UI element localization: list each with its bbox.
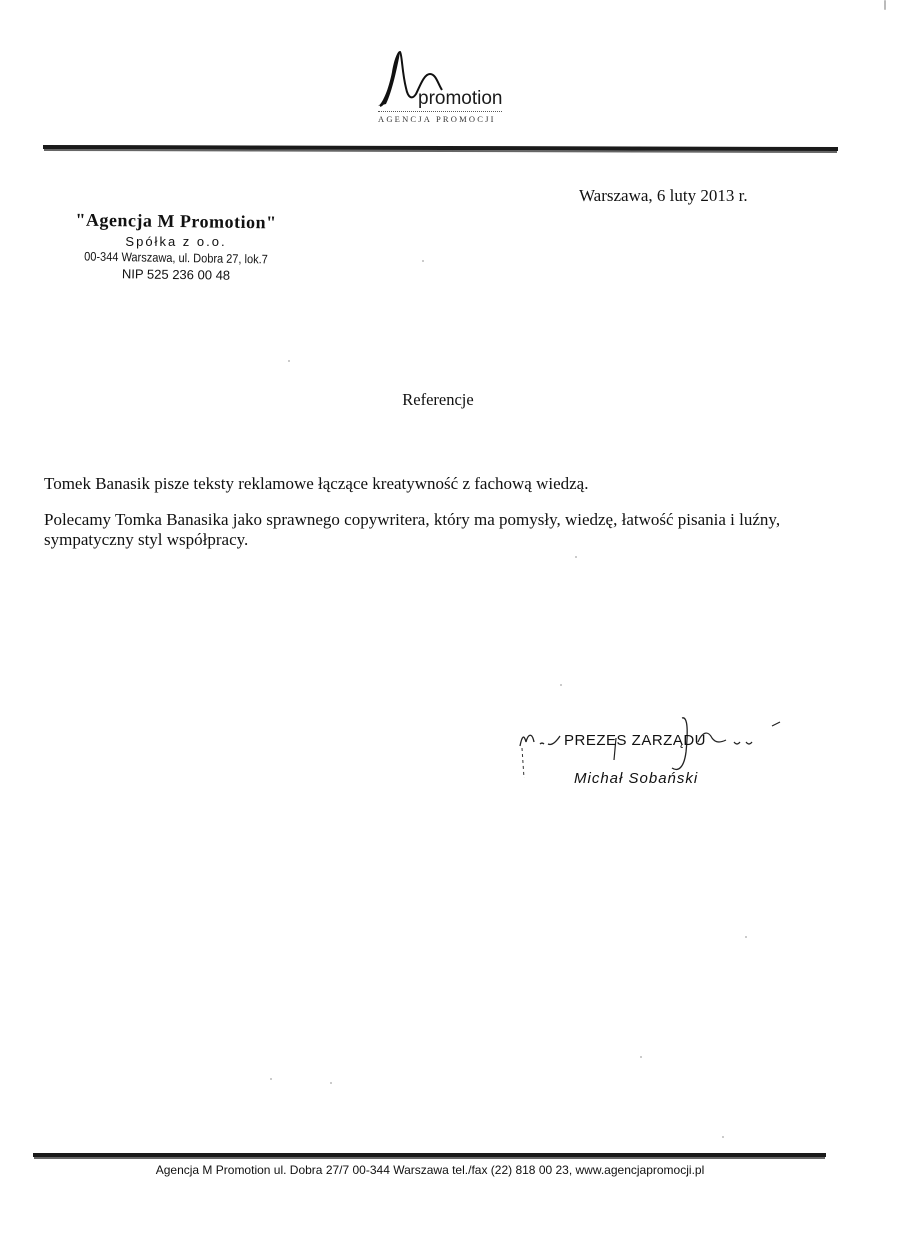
body-paragraph: Tomek Banasik pisze teksty reklamowe łąc… [44,474,844,494]
logo-divider [378,111,502,112]
footer-contact: Agencja M Promotion ul. Dobra 27/7 00-34… [0,1163,860,1177]
scan-speck [575,556,577,558]
scan-speck [270,1078,272,1080]
signatory-role: PREZES ZARZĄDU [564,732,706,749]
date-line: Warszawa, 6 luty 2013 r. [579,186,748,206]
logo-tagline: AGENCJA PROMOCJI [378,114,496,124]
header-divider [43,145,838,151]
scan-speck [722,1136,724,1138]
scan-speck [745,936,747,938]
company-stamp: "Agencja M Promotion" Spółka z o.o. 00-3… [66,212,286,281]
letter-subject: Referencje [0,390,876,410]
scan-speck [540,486,542,488]
stamp-company-name: "Agencja M Promotion" [66,210,286,231]
body-paragraph: Polecamy Tomka Banasika jako sprawnego c… [44,510,844,550]
logo-brand-text: promotion [418,88,503,110]
scan-speck [884,0,886,10]
stamp-company-type: Spółka z o.o. [66,235,286,248]
scan-speck [288,360,290,362]
handwritten-signature-icon [512,712,792,802]
stamp-nip: NIP 525 236 00 48 [66,266,286,282]
scan-speck [330,1082,332,1084]
signatory-name: Michał Sobański [574,770,698,787]
scan-speck [560,684,562,686]
stamp-address: 00-344 Warszawa, ul. Dobra 27, lok.7 [79,250,273,266]
footer-divider [33,1153,826,1157]
company-logo: promotion AGENCJA PROMOCJI [372,48,512,128]
scan-speck [422,260,424,262]
signature-block: PREZES ZARZĄDU Michał Sobański [512,712,792,802]
scan-speck [640,1056,642,1058]
letter-body: Tomek Banasik pisze teksty reklamowe łąc… [44,474,844,566]
